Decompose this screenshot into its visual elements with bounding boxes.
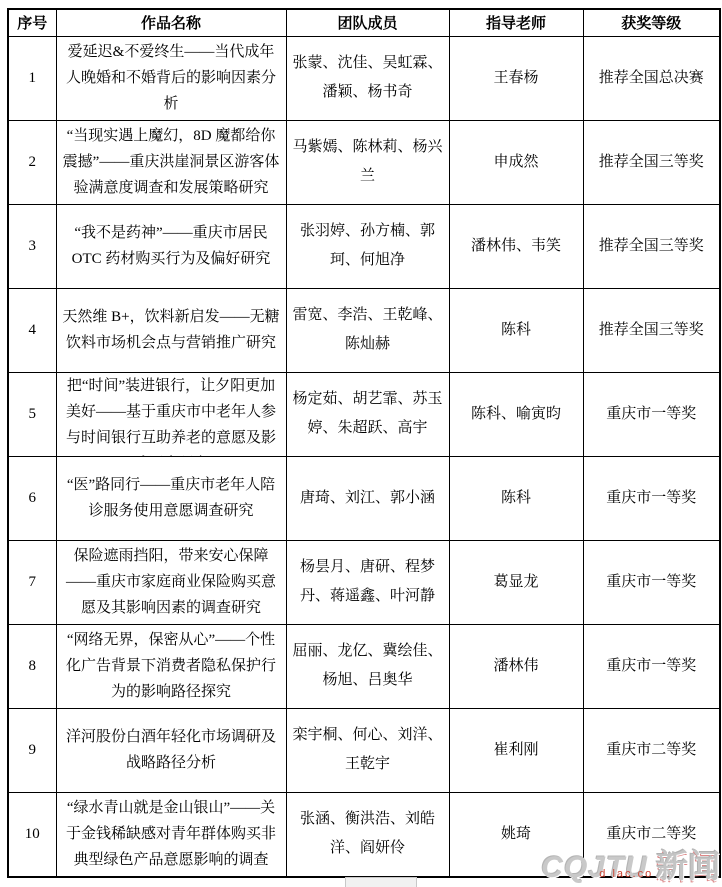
cell-no: 6: [8, 456, 56, 540]
cell-advisor-text: 崔利刚: [450, 709, 583, 792]
cell-award-text: 推荐全国总决赛: [584, 37, 720, 120]
header-no: 序号: [8, 9, 56, 36]
cell-title-text: “我不是药神”——重庆市居民OTC 药材购买行为及偏好研究: [57, 205, 286, 288]
cell-no-text: 2: [9, 121, 56, 204]
cell-no-text: 10: [9, 793, 56, 876]
cell-members-text: 栾宇桐、何心、刘洋、王乾宇: [287, 709, 449, 792]
cell-award: 推荐全国总决赛: [583, 36, 720, 120]
cell-no-text: 7: [9, 541, 56, 624]
cell-members-text: 屈丽、龙亿、冀绘佳、杨旭、吕奥华: [287, 625, 449, 708]
cell-advisor-text: 潘林伟、韦笑: [450, 205, 583, 288]
cell-no-text: 1: [9, 37, 56, 120]
cell-no: 4: [8, 288, 56, 372]
cell-award: 重庆市一等奖: [583, 540, 720, 624]
cell-members: 屈丽、龙亿、冀绘佳、杨旭、吕奥华: [286, 624, 449, 708]
horizontal-scrollbar-thumb[interactable]: [345, 877, 417, 887]
header-row: 序号 作品名称 团队成员 指导老师 获奖等级: [8, 9, 720, 36]
cell-advisor-text: 葛显龙: [450, 541, 583, 624]
cell-advisor: 王春杨: [449, 36, 583, 120]
cell-members-text: 杨定茹、胡艺霏、苏玉婷、朱超跃、高宇: [287, 373, 449, 456]
cell-title-text: 天然维 B+，饮料新启发——无糖饮料市场机会点与营销推广研究: [57, 289, 286, 372]
cell-award: 推荐全国三等奖: [583, 288, 720, 372]
cell-advisor: 潘林伟: [449, 624, 583, 708]
cell-advisor-text: 潘林伟: [450, 625, 583, 708]
cell-no-text: 5: [9, 373, 56, 456]
header-title: 作品名称: [56, 9, 286, 36]
cell-members-text: 杨昙月、唐研、程梦丹、蒋遥鑫、叶河静: [287, 541, 449, 624]
cell-no: 8: [8, 624, 56, 708]
cell-award: 重庆市二等奖: [583, 708, 720, 792]
cell-no: 9: [8, 708, 56, 792]
cell-members: 张羽婷、孙方楠、郭珂、何旭净: [286, 204, 449, 288]
cell-members: 马紫嫣、陈林莉、杨兴兰: [286, 120, 449, 204]
cell-advisor: 崔利刚: [449, 708, 583, 792]
cell-title: 天然维 B+，饮料新启发——无糖饮料市场机会点与营销推广研究: [56, 288, 286, 372]
cell-title-text: “当现实遇上魔幻，8D 魔都给你震撼”——重庆洪崖洞景区游客体验满意度调查和发展…: [57, 121, 286, 204]
watermark-url-text: d lac.co: [599, 869, 653, 880]
cell-advisor-text: 陈科: [450, 289, 583, 372]
cell-title-text: “绿水青山就是金山银山”——关于金钱稀缺感对青年群体购买非典型绿色产品意愿影响的…: [57, 793, 286, 876]
cell-members-text: 唐琦、刘江、郭小涵: [287, 457, 449, 540]
cell-advisor: 陈科: [449, 456, 583, 540]
cell-no-text: 3: [9, 205, 56, 288]
cell-advisor: 陈科、喻寅昀: [449, 372, 583, 456]
cell-no-text: 9: [9, 709, 56, 792]
header-award: 获奖等级: [583, 9, 720, 36]
cell-title: 洋河股份白酒年轻化市场调研及战略路径分析: [56, 708, 286, 792]
cell-members: 栾宇桐、何心、刘洋、王乾宇: [286, 708, 449, 792]
cell-members: 杨昙月、唐研、程梦丹、蒋遥鑫、叶河静: [286, 540, 449, 624]
cell-title: “当现实遇上魔幻，8D 魔都给你震撼”——重庆洪崖洞景区游客体验满意度调查和发展…: [56, 120, 286, 204]
awards-table: 序号 作品名称 团队成员 指导老师 获奖等级 1爱延迟&不爱终生——当代成年人晚…: [7, 8, 721, 878]
cell-award-text: 推荐全国三等奖: [584, 121, 720, 204]
cell-advisor-text: 陈科: [450, 457, 583, 540]
cell-no: 5: [8, 372, 56, 456]
cell-members: 杨定茹、胡艺霏、苏玉婷、朱超跃、高宇: [286, 372, 449, 456]
cell-advisor-text: 申成然: [450, 121, 583, 204]
table-row: 3“我不是药神”——重庆市居民OTC 药材购买行为及偏好研究张羽婷、孙方楠、郭珂…: [8, 204, 720, 288]
cell-award-text: 重庆市一等奖: [584, 373, 720, 456]
table-row: 1爱延迟&不爱终生——当代成年人晚婚和不婚背后的影响因素分析张蒙、沈佳、吴虹霖、…: [8, 36, 720, 120]
cell-members: 张蒙、沈佳、吴虹霖、潘颖、杨书奇: [286, 36, 449, 120]
cell-advisor: 申成然: [449, 120, 583, 204]
cell-award: 推荐全国三等奖: [583, 204, 720, 288]
cell-members: 张涵、衡洪浩、刘皓洋、阎妍伶: [286, 792, 449, 877]
table-body: 1爱延迟&不爱终生——当代成年人晚婚和不婚背后的影响因素分析张蒙、沈佳、吴虹霖、…: [8, 36, 720, 877]
watermark: CQJTU新闻 d lac.co: [541, 850, 720, 883]
cell-title-text: 保险遮雨挡阳，带来安心保障——重庆市家庭商业保险购买意愿及其影响因素的调查研究: [57, 541, 286, 624]
cell-title: 保险遮雨挡阳，带来安心保障——重庆市家庭商业保险购买意愿及其影响因素的调查研究: [56, 540, 286, 624]
cell-advisor: 潘林伟、韦笑: [449, 204, 583, 288]
cell-members-text: 马紫嫣、陈林莉、杨兴兰: [287, 121, 449, 204]
watermark-news-text: 新闻: [656, 848, 720, 884]
cell-title-text: “医”路同行——重庆市老年人陪诊服务使用意愿调查研究: [57, 457, 286, 540]
cell-title: “网络无界，保密从心”——个性化广告背景下消费者隐私保护行为的影响路径探究: [56, 624, 286, 708]
cell-no: 7: [8, 540, 56, 624]
table-header: 序号 作品名称 团队成员 指导老师 获奖等级: [8, 9, 720, 36]
cell-award: 重庆市一等奖: [583, 372, 720, 456]
cell-title-text: 把“时间”装进银行，让夕阳更加美好——基于重庆市中老年人参与时间银行互助养老的意…: [57, 373, 286, 456]
header-advisor: 指导老师: [449, 9, 583, 36]
cell-members: 雷宽、李浩、王乾峰、陈灿赫: [286, 288, 449, 372]
cell-title-text: 洋河股份白酒年轻化市场调研及战略路径分析: [57, 709, 286, 792]
cell-title: “我不是药神”——重庆市居民OTC 药材购买行为及偏好研究: [56, 204, 286, 288]
cell-members-text: 张蒙、沈佳、吴虹霖、潘颖、杨书奇: [287, 37, 449, 120]
cell-members-text: 张羽婷、孙方楠、郭珂、何旭净: [287, 205, 449, 288]
table-row: 7保险遮雨挡阳，带来安心保障——重庆市家庭商业保险购买意愿及其影响因素的调查研究…: [8, 540, 720, 624]
cell-no: 2: [8, 120, 56, 204]
cell-title: “医”路同行——重庆市老年人陪诊服务使用意愿调查研究: [56, 456, 286, 540]
cell-title: 把“时间”装进银行，让夕阳更加美好——基于重庆市中老年人参与时间银行互助养老的意…: [56, 372, 286, 456]
cell-award: 重庆市一等奖: [583, 624, 720, 708]
cell-advisor: 葛显龙: [449, 540, 583, 624]
table-row: 6“医”路同行——重庆市老年人陪诊服务使用意愿调查研究唐琦、刘江、郭小涵陈科重庆…: [8, 456, 720, 540]
cell-award: 重庆市一等奖: [583, 456, 720, 540]
cell-award-text: 推荐全国三等奖: [584, 205, 720, 288]
cell-no-text: 6: [9, 457, 56, 540]
cell-award-text: 推荐全国三等奖: [584, 289, 720, 372]
cell-award-text: 重庆市一等奖: [584, 541, 720, 624]
cell-award-text: 重庆市一等奖: [584, 625, 720, 708]
cell-no-text: 4: [9, 289, 56, 372]
cell-advisor-text: 陈科、喻寅昀: [450, 373, 583, 456]
cell-members: 唐琦、刘江、郭小涵: [286, 456, 449, 540]
cell-members-text: 张涵、衡洪浩、刘皓洋、阎妍伶: [287, 793, 449, 876]
header-members: 团队成员: [286, 9, 449, 36]
cell-advisor: 陈科: [449, 288, 583, 372]
table-row: 2“当现实遇上魔幻，8D 魔都给你震撼”——重庆洪崖洞景区游客体验满意度调查和发…: [8, 120, 720, 204]
table-row: 9洋河股份白酒年轻化市场调研及战略路径分析栾宇桐、何心、刘洋、王乾宇崔利刚重庆市…: [8, 708, 720, 792]
cell-members-text: 雷宽、李浩、王乾峰、陈灿赫: [287, 289, 449, 372]
cell-award: 推荐全国三等奖: [583, 120, 720, 204]
cell-title-text: “网络无界，保密从心”——个性化广告背景下消费者隐私保护行为的影响路径探究: [57, 625, 286, 708]
cell-title: 爱延迟&不爱终生——当代成年人晚婚和不婚背后的影响因素分析: [56, 36, 286, 120]
cell-advisor-text: 王春杨: [450, 37, 583, 120]
table-row: 5把“时间”装进银行，让夕阳更加美好——基于重庆市中老年人参与时间银行互助养老的…: [8, 372, 720, 456]
cell-award-text: 重庆市一等奖: [584, 457, 720, 540]
cell-no: 10: [8, 792, 56, 877]
cell-no-text: 8: [9, 625, 56, 708]
cell-award-text: 重庆市二等奖: [584, 709, 720, 792]
table-row: 8“网络无界，保密从心”——个性化广告背景下消费者隐私保护行为的影响路径探究屈丽…: [8, 624, 720, 708]
cell-no: 1: [8, 36, 56, 120]
cell-title: “绿水青山就是金山银山”——关于金钱稀缺感对青年群体购买非典型绿色产品意愿影响的…: [56, 792, 286, 877]
table-row: 4天然维 B+，饮料新启发——无糖饮料市场机会点与营销推广研究雷宽、李浩、王乾峰…: [8, 288, 720, 372]
cell-no: 3: [8, 204, 56, 288]
cell-title-text: 爱延迟&不爱终生——当代成年人晚婚和不婚背后的影响因素分析: [57, 37, 286, 120]
